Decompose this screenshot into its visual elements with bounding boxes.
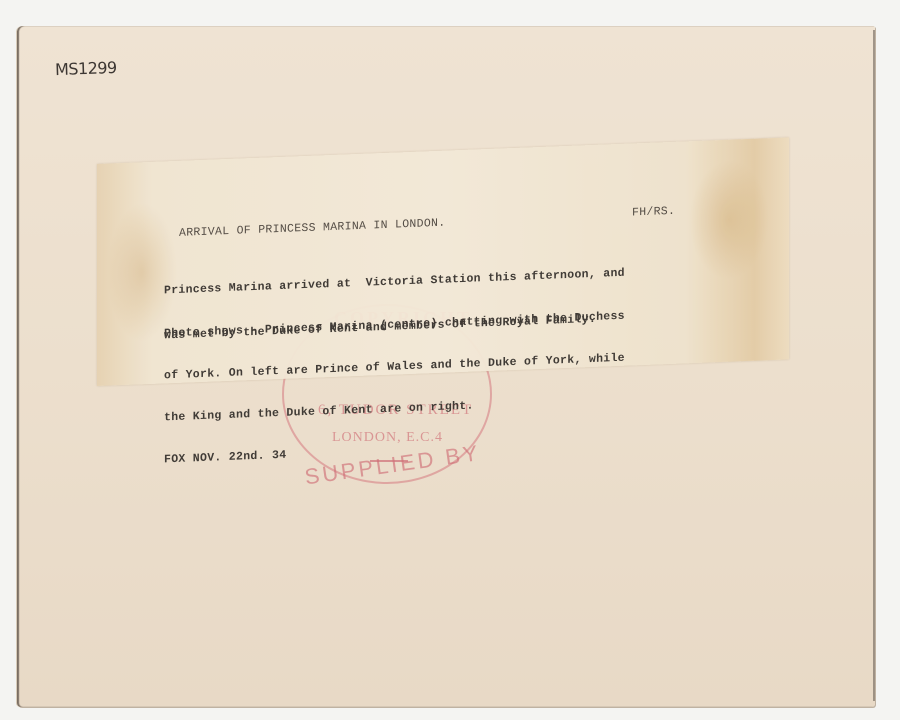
caption-paragraph-2: Photo shows - Princess Marina (centre) c… <box>164 282 625 496</box>
caption-line: of York. On left are Prince of Wales and… <box>164 352 625 384</box>
caption-reference: FH/RS. <box>632 205 675 220</box>
caption-dateline: FOX NOV. 22nd. 34 <box>164 436 625 468</box>
caption-line: Photo shows - Princess Marina (centre) c… <box>164 310 625 342</box>
caption-headline: ARRIVAL OF PRINCESS MARINA IN LONDON. <box>179 217 445 240</box>
caption-line: the King and the Duke of Kent are on rig… <box>164 394 625 426</box>
caption-slip: ARRIVAL OF PRINCESS MARINA IN LONDON. FH… <box>97 137 789 386</box>
catalog-number: MS1299 <box>55 58 117 79</box>
